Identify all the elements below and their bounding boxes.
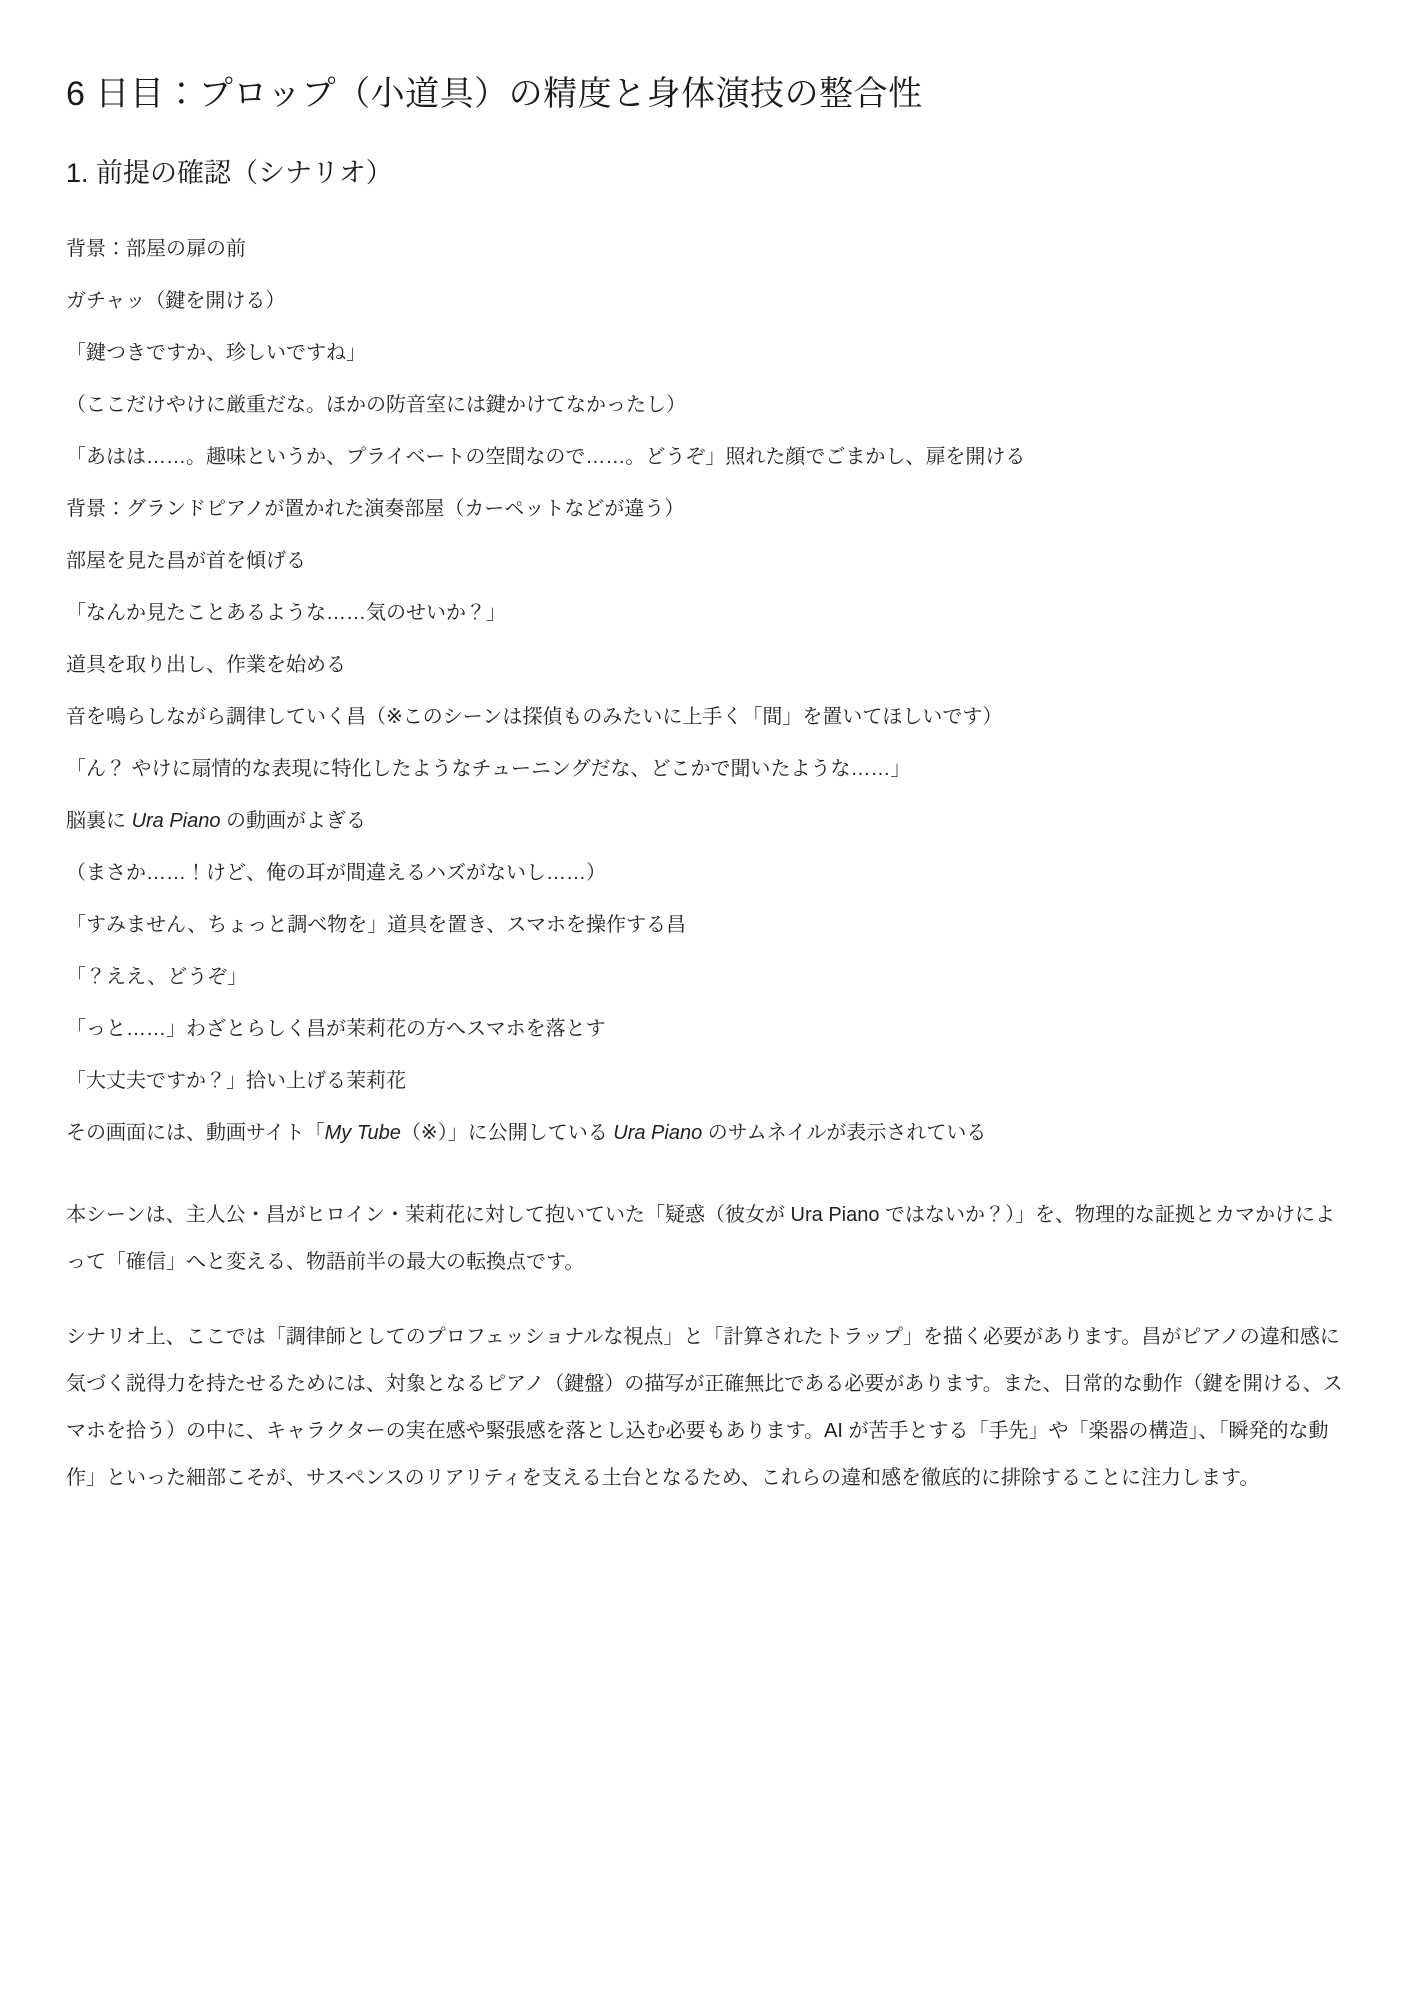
text-segment: 本シーンは、主人公・昌がヒロイン・茉莉花に対して抱いていた「疑惑（彼女が Ura… — [66, 1204, 1335, 1273]
scenario-line: 背景：グランドピアノが置かれた演奏部屋（カーペットなどが違う） — [66, 495, 1348, 524]
text-segment-italic: My Tube — [325, 1122, 401, 1144]
text-segment: 背景：部屋の扉の前 — [66, 238, 246, 260]
document-page: 6 日目：プロップ（小道具）の精度と身体演技の整合性 1. 前提の確認（シナリオ… — [0, 0, 1414, 2000]
text-segment: 「大丈夫ですか？」拾い上げる茉莉花 — [66, 1070, 406, 1092]
text-segment: 部屋を見た昌が首を傾げる — [66, 550, 306, 572]
text-segment: の動画がよぎる — [221, 810, 367, 832]
scenario-line: 脳裏に Ura Piano の動画がよぎる — [66, 807, 1348, 836]
text-segment: その画面には、動画サイト「 — [66, 1122, 325, 1144]
scenario-block: 背景：部屋の扉の前ガチャッ（鍵を開ける）「鍵つきですか、珍しいですね」（ここだけ… — [66, 235, 1348, 1148]
scenario-line: 「？ええ、どうぞ」 — [66, 963, 1348, 992]
scenario-line: （ここだけやけに厳重だな。ほかの防音室には鍵かけてなかったし） — [66, 391, 1348, 420]
text-segment: シナリオ上、ここでは「調律師としてのプロフェッショナルな視点」と「計算されたトラ… — [66, 1326, 1343, 1489]
scenario-line: 「なんか見たことあるような……気のせいか？」 — [66, 599, 1348, 628]
text-segment: 音を鳴らしながら調律していく昌（※このシーンは探偵ものみたいに上手く「間」を置い… — [66, 706, 1002, 728]
scenario-line: 音を鳴らしながら調律していく昌（※このシーンは探偵ものみたいに上手く「間」を置い… — [66, 703, 1348, 732]
scenario-line: 部屋を見た昌が首を傾げる — [66, 547, 1348, 576]
text-segment: 「っと……」わざとらしく昌が茉莉花の方へスマホを落とす — [66, 1018, 606, 1040]
text-segment: （※）」に公開している — [401, 1122, 613, 1144]
scenario-line: 「大丈夫ですか？」拾い上げる茉莉花 — [66, 1067, 1348, 1096]
commentary-paragraph: シナリオ上、ここでは「調律師としてのプロフェッショナルな視点」と「計算されたトラ… — [66, 1314, 1348, 1502]
text-segment: のサムネイルが表示されている — [702, 1122, 986, 1144]
text-segment: 「？ええ、どうぞ」 — [66, 966, 247, 988]
text-segment: 脳裏に — [66, 810, 132, 832]
scenario-line: その画面には、動画サイト「My Tube（※）」に公開している Ura Pian… — [66, 1119, 1348, 1148]
scenario-line: 「鍵つきですか、珍しいですね」 — [66, 339, 1348, 368]
text-segment: 「ん？ やけに扇情的な表現に特化したようなチューニングだな、どこかで聞いたような… — [66, 758, 911, 780]
page-title: 6 日目：プロップ（小道具）の精度と身体演技の整合性 — [66, 72, 1348, 118]
scenario-line: （まさか……！けど、俺の耳が間違えるハズがないし……） — [66, 859, 1348, 888]
scenario-line: 「っと……」わざとらしく昌が茉莉花の方へスマホを落とす — [66, 1015, 1348, 1044]
text-segment: （まさか……！けど、俺の耳が間違えるハズがないし……） — [66, 862, 606, 884]
text-segment: 背景：グランドピアノが置かれた演奏部屋（カーペットなどが違う） — [66, 498, 684, 520]
scenario-line: 「ん？ やけに扇情的な表現に特化したようなチューニングだな、どこかで聞いたような… — [66, 755, 1348, 784]
section-heading: 1. 前提の確認（シナリオ） — [66, 156, 1348, 191]
scenario-line: 「あはは……。趣味というか、プライベートの空間なので……。どうぞ」照れた顔でごま… — [66, 443, 1348, 472]
commentary-paragraph: 本シーンは、主人公・昌がヒロイン・茉莉花に対して抱いていた「疑惑（彼女が Ura… — [66, 1192, 1348, 1286]
text-segment-italic: Ura Piano — [132, 810, 221, 832]
commentary-block: 本シーンは、主人公・昌がヒロイン・茉莉花に対して抱いていた「疑惑（彼女が Ura… — [66, 1192, 1348, 1502]
text-segment: 道具を取り出し、作業を始める — [66, 654, 346, 676]
text-segment: 「あはは……。趣味というか、プライベートの空間なので……。どうぞ」照れた顔でごま… — [66, 446, 1025, 468]
text-segment: 「鍵つきですか、珍しいですね」 — [66, 342, 366, 364]
scenario-line: 背景：部屋の扉の前 — [66, 235, 1348, 264]
scenario-line: 「すみません、ちょっと調べ物を」道具を置き、スマホを操作する昌 — [66, 911, 1348, 940]
scenario-line: 道具を取り出し、作業を始める — [66, 651, 1348, 680]
text-segment: （ここだけやけに厳重だな。ほかの防音室には鍵かけてなかったし） — [66, 394, 686, 416]
scenario-line: ガチャッ（鍵を開ける） — [66, 287, 1348, 316]
text-segment: 「なんか見たことあるような……気のせいか？」 — [66, 602, 506, 624]
text-segment: 「すみません、ちょっと調べ物を」道具を置き、スマホを操作する昌 — [66, 914, 686, 936]
text-segment: ガチャッ（鍵を開ける） — [66, 290, 285, 312]
text-segment-italic: Ura Piano — [613, 1122, 702, 1144]
